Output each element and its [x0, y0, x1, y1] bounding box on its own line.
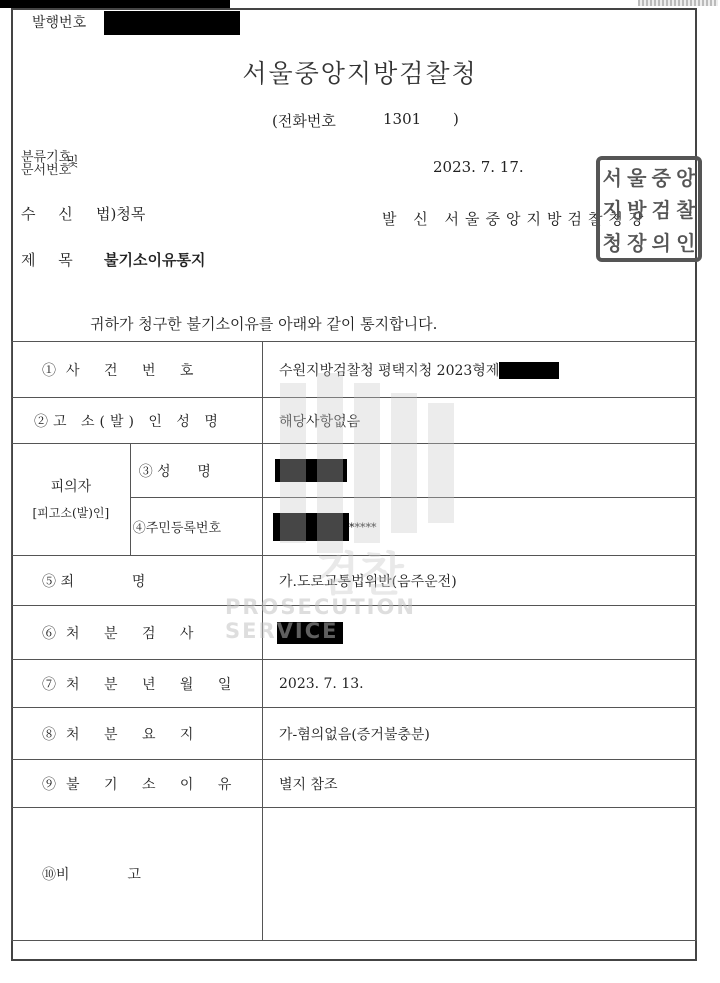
table-row: ⑥처 분 검 사: [12, 606, 697, 660]
seal-char: 인: [674, 227, 699, 256]
complainant-value: 해당사항없음: [263, 398, 697, 444]
issue-date: 2023. 7. 17.: [433, 158, 524, 176]
case-number-redacted: [499, 362, 559, 379]
resident-number-redacted: [273, 513, 349, 541]
disposition-summary-value: 가-혐의없음(증거불충분): [263, 708, 697, 760]
office-title: 서울중앙지방검찰청: [0, 54, 720, 90]
suspect-label-line2: [피고소(발)인]: [12, 500, 130, 526]
seal-char: 찰: [674, 194, 699, 223]
suspect-group-label: 피의자[피고소(발)인]: [12, 444, 131, 556]
phone-close: ): [453, 110, 459, 128]
suspect-name-label: ③ 성 명: [130, 444, 262, 498]
remarks-label: ⑩비 고: [12, 808, 263, 941]
notice-form-table: ①사 건 번 호 수원지방검찰청 평택지청 2023형제 ②고 소(발) 인 성…: [11, 341, 697, 941]
recipient: 법)청목: [96, 203, 145, 224]
disposition-summary-label: ⑧처 분 요 지: [12, 708, 263, 760]
seal-char: 방: [625, 194, 650, 223]
recipient-label: 수 신: [21, 203, 73, 224]
table-row: ⑧처 분 요 지 가-혐의없음(증거불충분): [12, 708, 697, 760]
charge-value: 가.도로교통법위반(음주운전): [263, 556, 697, 606]
suspect-name-value: [263, 444, 697, 498]
resident-number-value: *****: [263, 498, 697, 556]
classification-suffix: 및: [66, 151, 79, 170]
disposition-date-value: 2023. 7. 13.: [263, 660, 697, 708]
table-row: ①사 건 번 호 수원지방검찰청 평택지청 2023형제: [12, 342, 697, 398]
official-seal-icon: 서울중앙지방검찰청장의인: [596, 156, 702, 262]
issue-number-redacted: [104, 11, 240, 35]
non-indictment-reason-value: 별지 참조: [263, 760, 697, 808]
table-row: ②고 소(발) 인 성 명 해당사항없음: [12, 398, 697, 444]
seal-char: 검: [649, 194, 674, 223]
case-number-label: ①사 건 번 호: [12, 342, 263, 398]
scan-artifact: [638, 0, 718, 6]
suspect-name-redacted: [275, 459, 347, 482]
redaction-bar: [0, 0, 230, 8]
classification-label: 분류기호 문서번호: [21, 151, 71, 177]
disposition-date-label: ⑦처 분 년 월 일: [12, 660, 263, 708]
table-row: ⑤ 죄 명 가.도로교통법위반(음주운전): [12, 556, 697, 606]
seal-char: 장: [625, 227, 650, 256]
table-row: 피의자[피고소(발)인] ③ 성 명: [12, 444, 697, 498]
seal-char: 중: [649, 162, 674, 191]
seal-char: 지: [600, 194, 625, 223]
resident-number-label: ④주민등록번호: [130, 498, 262, 556]
seal-char: 청: [600, 227, 625, 256]
issue-number-label: 발행번호: [32, 12, 86, 32]
seal-char: 울: [625, 162, 650, 191]
table-row: ⑩비 고: [12, 808, 697, 941]
non-indictment-reason-label: ⑨불 기 소 이 유: [12, 760, 263, 808]
phone-number: 1301: [383, 110, 421, 128]
prosecutor-value: [263, 606, 697, 660]
seal-char: 앙: [674, 162, 699, 191]
table-row: ⑦처 분 년 월 일 2023. 7. 13.: [12, 660, 697, 708]
charge-label: ⑤ 죄 명: [12, 556, 263, 606]
suspect-label-line1: 피의자: [12, 474, 130, 500]
seal-char: 서: [600, 162, 625, 191]
seal-char: 의: [649, 227, 674, 256]
subject-label: 제 목: [21, 249, 73, 270]
prosecutor-label: ⑥처 분 검 사: [12, 606, 263, 660]
case-number-value: 수원지방검찰청 평택지청 2023형제: [263, 342, 697, 398]
subject: 불기소이유통지: [104, 249, 205, 270]
prosecutor-redacted: [277, 622, 343, 644]
case-number-text: 수원지방검찰청 평택지청 2023형제: [279, 363, 499, 379]
remarks-value: [263, 808, 697, 941]
classification-line2: 문서번호: [21, 164, 71, 177]
phone-label: (전화번호: [272, 110, 336, 131]
table-row: ⑨불 기 소 이 유 별지 참조: [12, 760, 697, 808]
complainant-label: ②고 소(발) 인 성 명: [12, 398, 263, 444]
resident-number-masked: *****: [349, 521, 377, 534]
notice-text: 귀하가 청구한 불기소이유를 아래와 같이 통지합니다.: [90, 313, 437, 334]
